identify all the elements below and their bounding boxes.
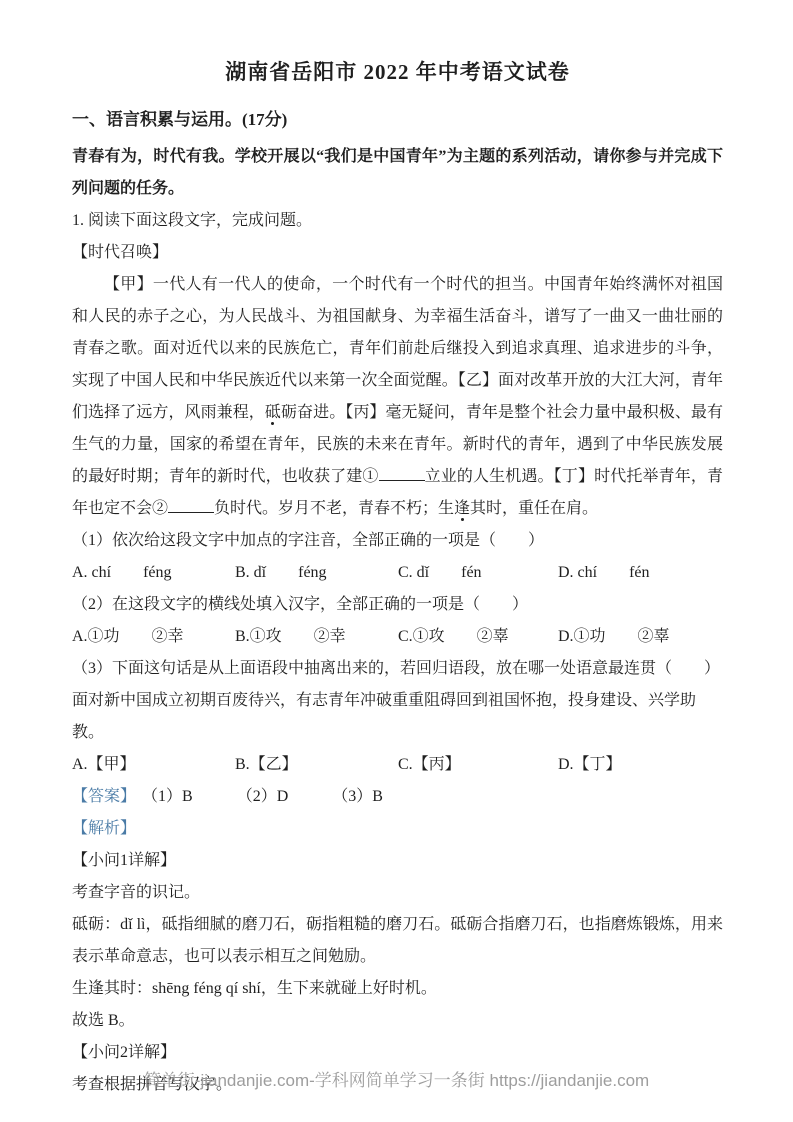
analysis-paragraph: 【小问2详解】	[72, 1037, 723, 1069]
answer-item: （3）B	[332, 781, 383, 813]
passage-segment: 【甲】一代人有一代人的使命，一个时代有一个时代的担当。中国青年始终满怀对祖国和人…	[72, 276, 723, 421]
option: D. chí fén	[558, 557, 723, 589]
passage-label: 【时代召唤】	[72, 237, 723, 269]
footer-watermark: 简单街-jiandanjie.com-学科网简单学习一条街 https://ji…	[0, 1066, 793, 1091]
option: D.①功 ②辜	[558, 621, 723, 653]
analysis-paragraph: 故选 B。	[72, 1005, 723, 1037]
exam-paper-page: 湖南省岳阳市 2022 年中考语文试卷 一、语言积累与运用。(17分) 青春有为…	[0, 0, 793, 1101]
option: D.【丁】	[558, 749, 723, 781]
option: B. dǐ féng	[235, 557, 398, 589]
page-title: 湖南省岳阳市 2022 年中考语文试卷	[72, 56, 723, 86]
option: A. chí féng	[72, 557, 235, 589]
emphasized-char: 逢	[454, 500, 470, 517]
option: A.【甲】	[72, 749, 235, 781]
fill-in-blank	[168, 496, 214, 513]
option: C.①攻 ②辜	[398, 621, 558, 653]
fill-in-blank	[379, 464, 425, 481]
sub-question-1-options: A. chí féngB. dǐ féngC. dǐ fénD. chí fén	[72, 557, 723, 589]
sub-question-2-stem: （2）在这段文字的横线处填入汉字，全部正确的一项是（ ）	[72, 589, 723, 621]
section-heading: 一、语言积累与运用。(17分)	[72, 106, 723, 133]
sub-question-2-options: A.①功 ②幸B.①攻 ②幸C.①攻 ②辜D.①功 ②辜	[72, 621, 723, 653]
analysis-blocks: 【小问1详解】考查字音的识记。砥砺：dǐ lì，砥指细腻的磨刀石，砺指粗糙的磨刀…	[72, 845, 723, 1101]
answer-label: 【答案】	[72, 781, 136, 813]
answer-item: （1）B	[142, 781, 193, 813]
passage-segment: 负时代。岁月不老，青春不朽；生	[214, 500, 454, 517]
analysis-label: 【解析】	[72, 813, 723, 845]
section-intro: 青春有为，时代有我。学校开展以“我们是中国青年”为主题的系列活动，请你参与并完成…	[72, 141, 723, 205]
passage-segment: 其时，重任在肩。	[470, 500, 598, 517]
analysis-paragraph: 考查字音的识记。	[72, 877, 723, 909]
question-1-stem: 1. 阅读下面这段文字，完成问题。	[72, 205, 723, 237]
analysis-paragraph: 生逢其时：shēng féng qí shí，生下来就碰上好时机。	[72, 973, 723, 1005]
answer-row: 【答案】（1）B（2）D（3）B	[72, 781, 723, 813]
sub-question-3-stem: （3）下面这句话是从上面语段中抽离出来的，若回归语段，放在哪一处语意最连贯（ ）	[72, 653, 723, 685]
option: C.【丙】	[398, 749, 558, 781]
sub-question-3-options: A.【甲】B.【乙】C.【丙】D.【丁】	[72, 749, 723, 781]
answer-item: （2）D	[237, 781, 289, 813]
passage-text: 【甲】一代人有一代人的使命，一个时代有一个时代的担当。中国青年始终满怀对祖国和人…	[72, 269, 723, 525]
option: A.①功 ②幸	[72, 621, 235, 653]
analysis-paragraph: 砥砺：dǐ lì，砥指细腻的磨刀石，砺指粗糙的磨刀石。砥砺合指磨刀石，也指磨炼锻…	[72, 909, 723, 973]
option: B.①攻 ②幸	[235, 621, 398, 653]
answer-items: （1）B（2）D（3）B	[136, 781, 427, 813]
emphasized-char: 砥	[265, 404, 281, 421]
option: C. dǐ fén	[398, 557, 558, 589]
sub-question-1-stem: （1）依次给这段文字中加点的字注音，全部正确的一项是（ ）	[72, 525, 723, 557]
analysis-paragraph: 【小问1详解】	[72, 845, 723, 877]
sub-question-3-context: 面对新中国成立初期百废待兴，有志青年冲破重重阻碍回到祖国怀抱，投身建设、兴学助教…	[72, 685, 723, 749]
option: B.【乙】	[235, 749, 398, 781]
